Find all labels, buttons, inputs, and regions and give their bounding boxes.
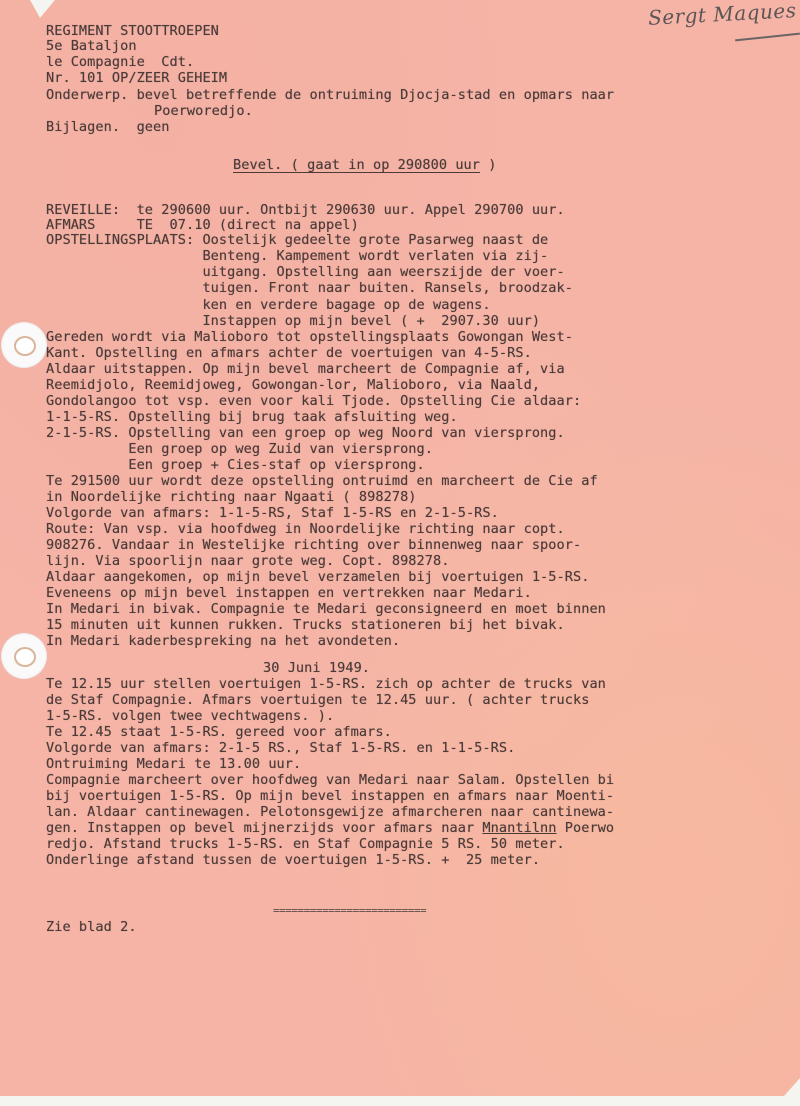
body-line: Instappen op mijn bevel ( + 2907.30 uur) <box>46 314 540 328</box>
body-line: Een groep + Cies-staf op viersprong. <box>46 458 425 472</box>
body-line: 1-1-5-RS. Opstelling bij brug taak afslu… <box>46 410 458 424</box>
body-line: Volgorde van afmars: 2-1-5 RS., Staf 1-5… <box>46 741 515 755</box>
header-regiment: REGIMENT STOOTTROEPEN <box>46 24 219 38</box>
body-line: Eveneens op mijn bevel instappen en vert… <box>46 586 532 600</box>
body-line: In Medari in bivak. Compagnie te Medari … <box>46 602 606 616</box>
body-line: Kant. Opstelling en afmars achter de voe… <box>46 346 532 360</box>
footer-see-page-2: Zie blad 2. <box>46 920 137 934</box>
order-title-suffix: ) <box>480 157 496 173</box>
body-line: Een groep op weg Zuid van viersprong. <box>46 442 433 456</box>
body-line: 15 minuten uit kunnen rukken. Trucks sta… <box>46 618 565 632</box>
body-line: Te 291500 uur wordt deze opstelling ontr… <box>46 474 598 488</box>
body-line: In Medari kaderbespreking na het avondet… <box>46 634 400 648</box>
header-company: le Compagnie Cdt. <box>46 55 194 69</box>
body-line: 2-1-5-RS. Opstelling van een groep op we… <box>46 426 565 440</box>
body-line: AFMARS TE 07.10 (direct na appel) <box>46 218 359 232</box>
header-subject: Onderwerp. bevel betreffende de ontruimi… <box>46 88 614 102</box>
body-line-text: gen. Instappen op bevel mijnerzijds voor… <box>46 820 482 836</box>
body-line: Ontruiming Medari te 13.00 uur. <box>46 757 301 771</box>
body-line: redjo. Afstand trucks 1-5-RS. en Staf Co… <box>46 837 565 851</box>
header-battalion: 5e Bataljon <box>46 39 137 53</box>
body-line: REVEILLE: te 290600 uur. Ontbijt 290630 … <box>46 203 565 217</box>
body-line: de Staf Compagnie. Afmars voertuigen te … <box>46 693 589 707</box>
header-attachments: Bijlagen. geen <box>46 120 170 134</box>
body-line: Benteng. Kampement wordt verlaten via zi… <box>46 249 548 263</box>
order-title-underlined: Bevel. ( gaat in op 290800 uur <box>233 157 480 173</box>
struck-word: Mnantilnn <box>482 820 556 836</box>
body-line: 908276. Vandaar in Westelijke richting o… <box>46 538 581 552</box>
body-line: lan. Aldaar cantinewagen. Pelotonsgewijz… <box>46 805 614 819</box>
body-line: bij voertuigen 1-5-RS. Op mijn bevel ins… <box>46 789 614 803</box>
punch-hole-top <box>1 322 47 368</box>
body-line: Reemidjolo, Reemidjoweg, Gowongan-lor, M… <box>46 378 540 392</box>
body-line: Te 12.45 staat 1-5-RS. gereed voor afmar… <box>46 725 392 739</box>
body-line: Volgorde van afmars: 1-1-5-RS, Staf 1-5-… <box>46 506 499 520</box>
body-line: Aldaar aangekomen, op mijn bevel verzame… <box>46 570 589 584</box>
header-subject-cont: Poerworedjo. <box>154 104 253 118</box>
body-line-text: Poerwo <box>557 820 615 836</box>
body-line: tuigen. Front naar buiten. Ransels, broo… <box>46 281 573 295</box>
body-line: Route: Van vsp. via hoofdweg in Noordeli… <box>46 522 565 536</box>
order-title: Bevel. ( gaat in op 290800 uur ) <box>233 158 497 172</box>
body-line: Te 12.15 uur stellen voertuigen 1-5-RS. … <box>46 677 606 691</box>
body-line: Compagnie marcheert over hoofdweg van Me… <box>46 773 614 787</box>
separator-rule: ========================= <box>273 904 426 917</box>
body-line: Onderlinge afstand tussen de voertuigen … <box>46 853 540 867</box>
body-line: OPSTELLINGSPLAATS: Oostelijk gedeelte gr… <box>46 233 548 247</box>
body-line: uitgang. Opstelling aan weerszijde der v… <box>46 265 565 279</box>
body-line: lijn. Via spoorlijn naar grote weg. Copt… <box>46 554 449 568</box>
body-line: in Noordelijke richting naar Ngaati ( 89… <box>46 490 417 504</box>
body-line: Aldaar uitstappen. Op mijn bevel marchee… <box>46 362 565 376</box>
body-line: Gondolangoo tot vsp. even voor kali Tjod… <box>46 394 581 408</box>
body-line: 1-5-RS. volgen twee vechtwagens. ). <box>46 709 334 723</box>
body-line: ken en verdere bagage op de wagens. <box>46 298 491 312</box>
header-number: Nr. 101 OP/ZEER GEHEIM <box>46 71 227 85</box>
body-line: Gereden wordt via Malioboro tot opstelli… <box>46 330 573 344</box>
date-heading: 30 Juni 1949. <box>263 661 370 675</box>
body-line: gen. Instappen op bevel mijnerzijds voor… <box>46 821 614 835</box>
punch-hole-bottom <box>1 633 47 679</box>
